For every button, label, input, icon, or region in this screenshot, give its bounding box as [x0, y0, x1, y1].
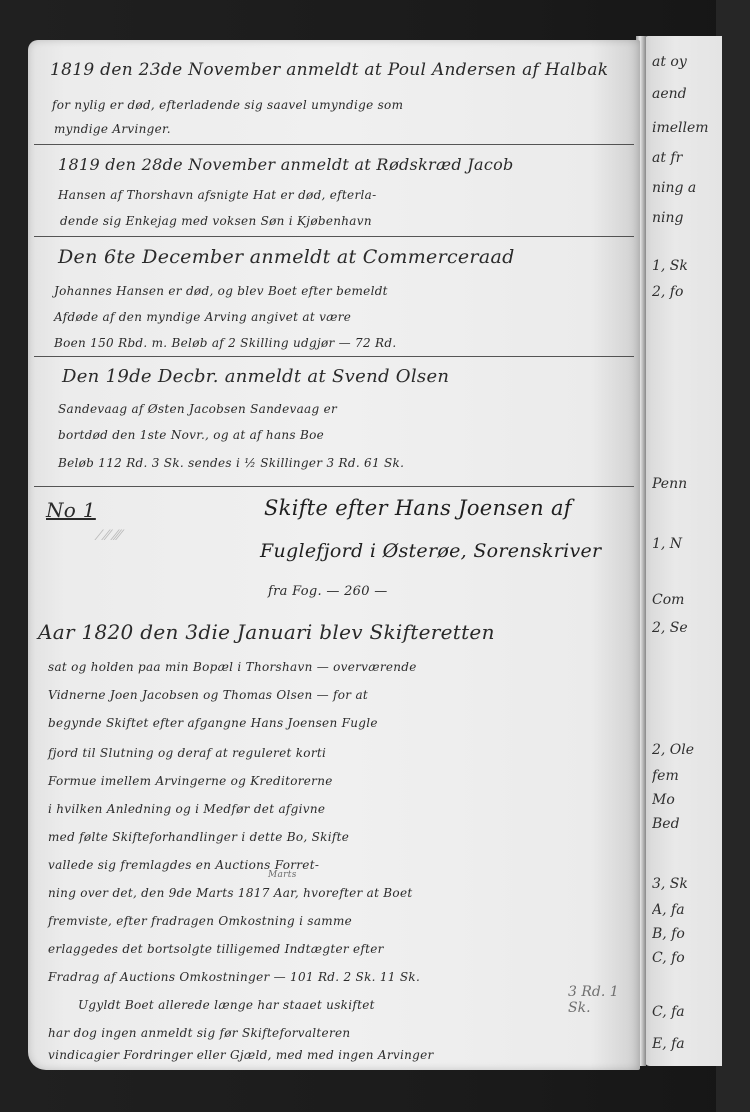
right-page-line: 1, N	[652, 536, 720, 552]
entry-2-line-3: dende sig Enkejag med voksen Søn i Kjøbe…	[60, 214, 372, 228]
entry-3-line-4: Boen 150 Rbd. m. Beløb af 2 Skilling udg…	[54, 336, 396, 350]
skifte-fee-line: fra Fog. — 260 —	[268, 584, 388, 599]
skifte-body-line: Vidnerne Joen Jacobsen og Thomas Olsen —…	[48, 688, 368, 702]
entry-1-line-2: for nylig er død, efterladende sig saave…	[52, 98, 403, 112]
right-page-fragment: at oy aend imellem at fr ning a ning 1, …	[644, 36, 722, 1066]
entry-divider	[34, 144, 634, 145]
skifte-body-line: med følte Skifteforhandlinger i dette Bo…	[48, 830, 349, 844]
entry-divider	[34, 356, 634, 357]
entry-3-line-3: Afdøde af den myndige Arving angivet at …	[54, 310, 351, 324]
entry-3-line-2: Johannes Hansen er død, og blev Boet eft…	[54, 284, 388, 298]
right-page-line: C, fa	[652, 1004, 720, 1020]
skifte-body-line: sat og holden paa min Bopæl i Thorshavn …	[48, 660, 417, 674]
skifte-body-line: Fradrag af Auctions Omkostninger — 101 R…	[48, 970, 420, 984]
skifte-body-line: Ugyldt Boet allerede længe har staaet us…	[78, 998, 375, 1012]
entry-2-line-2: Hansen af Thorshavn afsnigte Hat er død,…	[58, 188, 376, 202]
skifte-title-line-2: Fuglefjord i Østerøe, Sorenskriver	[260, 540, 601, 562]
skifte-body-line: Aar 1820 den 3die Januari blev Skifteret…	[38, 620, 495, 644]
entry-divider	[34, 486, 634, 487]
right-page-line: B, fo	[652, 926, 720, 942]
right-page-line: E, fa	[652, 1036, 720, 1052]
skifte-body-line: vindicagier Fordringer eller Gjæld, med …	[48, 1048, 434, 1062]
right-page-line: Mo	[652, 792, 720, 808]
skifte-body-line: erlaggedes det bortsolgte tilligemed Ind…	[48, 942, 384, 956]
entry-4-line-1: Den 19de Decbr. anmeldt at Svend Olsen	[62, 366, 449, 387]
right-page-line: Com	[652, 592, 720, 608]
right-page-line: aend	[652, 86, 720, 102]
entry-2-line-1: 1819 den 28de November anmeldt at Rødskr…	[58, 155, 514, 174]
right-page-line: Penn	[652, 476, 720, 492]
right-page-line: Bed	[652, 816, 720, 832]
skifte-number: No 1	[46, 498, 96, 522]
skifte-title-line-1: Skifte efter Hans Joensen af	[264, 496, 572, 520]
entry-3-line-1: Den 6te December anmeldt at Commerceraad	[58, 246, 515, 268]
entry-4-line-4: Beløb 112 Rd. 3 Sk. sendes i ½ Skillinge…	[58, 456, 404, 470]
skifte-body-line: fjord til Slutning og deraf at reguleret…	[48, 746, 326, 760]
entry-divider	[34, 236, 634, 237]
right-page-line: A, fa	[652, 902, 720, 918]
right-page-line: imellem	[652, 120, 720, 136]
right-page-line: at fr	[652, 150, 720, 166]
skifte-body-line: ning over det, den 9de Marts 1817 Aar, h…	[48, 886, 412, 900]
entry-1-line-3: myndige Arvinger.	[54, 122, 171, 136]
right-page-line: 3, Sk	[652, 876, 720, 892]
skifte-body-line: begynde Skiftet efter afgangne Hans Joen…	[48, 716, 378, 730]
entry-4-line-2: Sandevaag af Østen Jacobsen Sandevaag er	[58, 402, 337, 416]
skifte-body-line: har dog ingen anmeldt sig før Skifteforv…	[48, 1026, 350, 1040]
right-page-line: at oy	[652, 54, 720, 70]
skifte-body-line: fremviste, efter fradragen Omkostning i …	[48, 914, 352, 928]
skifte-body-line: i hvilken Anledning og i Medfør det afgi…	[48, 802, 325, 816]
bleed-through-marks: ⁄ ⁄⁄ ⁄⁄⁄	[98, 528, 121, 544]
right-page-line: fem	[652, 768, 720, 784]
entry-4-line-3: bortdød den 1ste Novr., og at af hans Bo…	[58, 428, 324, 442]
right-page-line: ning	[652, 210, 720, 226]
right-page-line: 2, Ole	[652, 742, 720, 758]
margin-amount: 3 Rd. 1 Sk.	[568, 984, 640, 1016]
right-page-line: C, fo	[652, 950, 720, 966]
entry-1-line-1: 1819 den 23de November anmeldt at Poul A…	[50, 60, 608, 80]
right-page-line: 2, fo	[652, 284, 720, 300]
register-page: 1819 den 23de November anmeldt at Poul A…	[28, 40, 640, 1070]
right-page-line: ning a	[652, 180, 720, 196]
interlinear-note: Marts	[268, 870, 297, 880]
skifte-body-line: Formue imellem Arvingerne og Kreditorern…	[48, 774, 333, 788]
right-page-line: 1, Sk	[652, 258, 720, 274]
right-page-line: 2, Se	[652, 620, 720, 636]
